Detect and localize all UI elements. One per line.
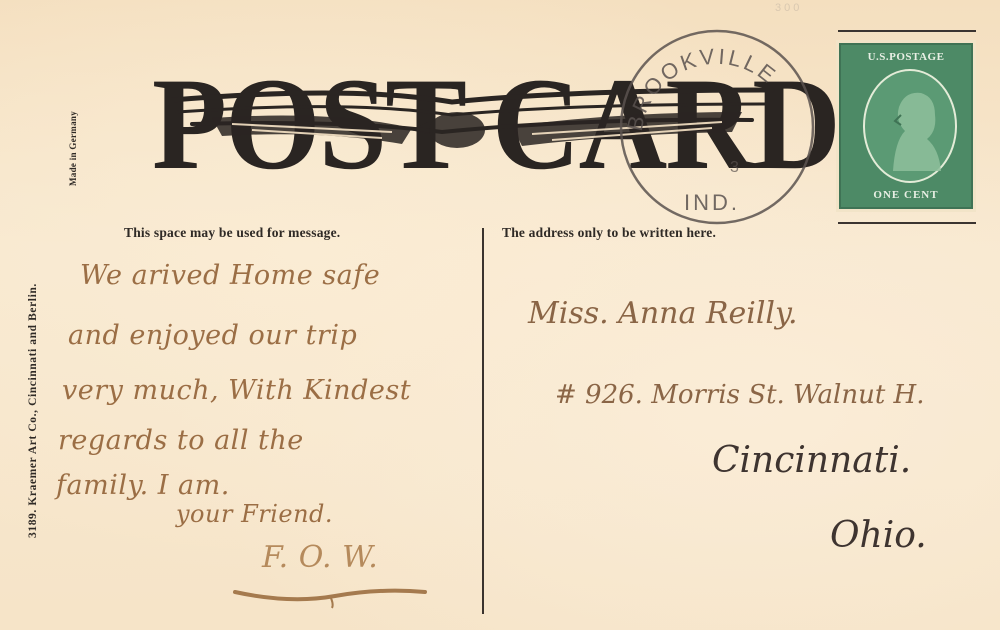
postage-stamp: U.S.POSTAGE ONE CENT (836, 40, 976, 212)
message-line: and enjoyed our trip (68, 320, 357, 351)
message-line: your Friend. (176, 500, 333, 528)
signature-flourish-icon (230, 580, 430, 610)
postmark-state: IND. (684, 190, 740, 215)
stamp-bottom-text: ONE CENT (841, 189, 971, 201)
postmark-town: BROOKVILLE (622, 43, 782, 133)
address-line: Miss. Anna Reilly. (528, 296, 798, 331)
svg-text:BROOKVILLE: BROOKVILLE (622, 43, 782, 133)
made-in-label: Made in Germany (68, 111, 78, 186)
message-line: family. I am. (56, 470, 230, 501)
publisher-imprint: 3189. Kraemer Art Co., Cincinnati and Be… (27, 283, 39, 538)
postmark-date: 3 (730, 159, 739, 176)
address-line: Cincinnati. (712, 440, 911, 481)
address-line: Ohio. (830, 515, 927, 556)
message-line: very much, With Kindest (62, 375, 411, 406)
message-line: We arived Home safe (80, 260, 380, 291)
postmark-icon: BROOKVILLE IND. 3 (612, 22, 822, 232)
stamp-top-text: U.S.POSTAGE (841, 51, 971, 63)
postcard-back: 300 POST CARD 3189. Kraemer Art Co. (0, 0, 1000, 630)
pencil-mark: 300 (775, 2, 802, 14)
franklin-portrait-icon (863, 69, 957, 183)
message-area-label: This space may be used for message. (124, 225, 340, 241)
message-line: regards to all the (58, 425, 304, 456)
center-divider (482, 228, 484, 614)
stamp-corner-line (838, 30, 976, 32)
stamp-corner-line (838, 222, 976, 224)
signature: F. O. W. (262, 540, 378, 575)
address-line: # 926. Morris St. Walnut H. (555, 380, 924, 410)
